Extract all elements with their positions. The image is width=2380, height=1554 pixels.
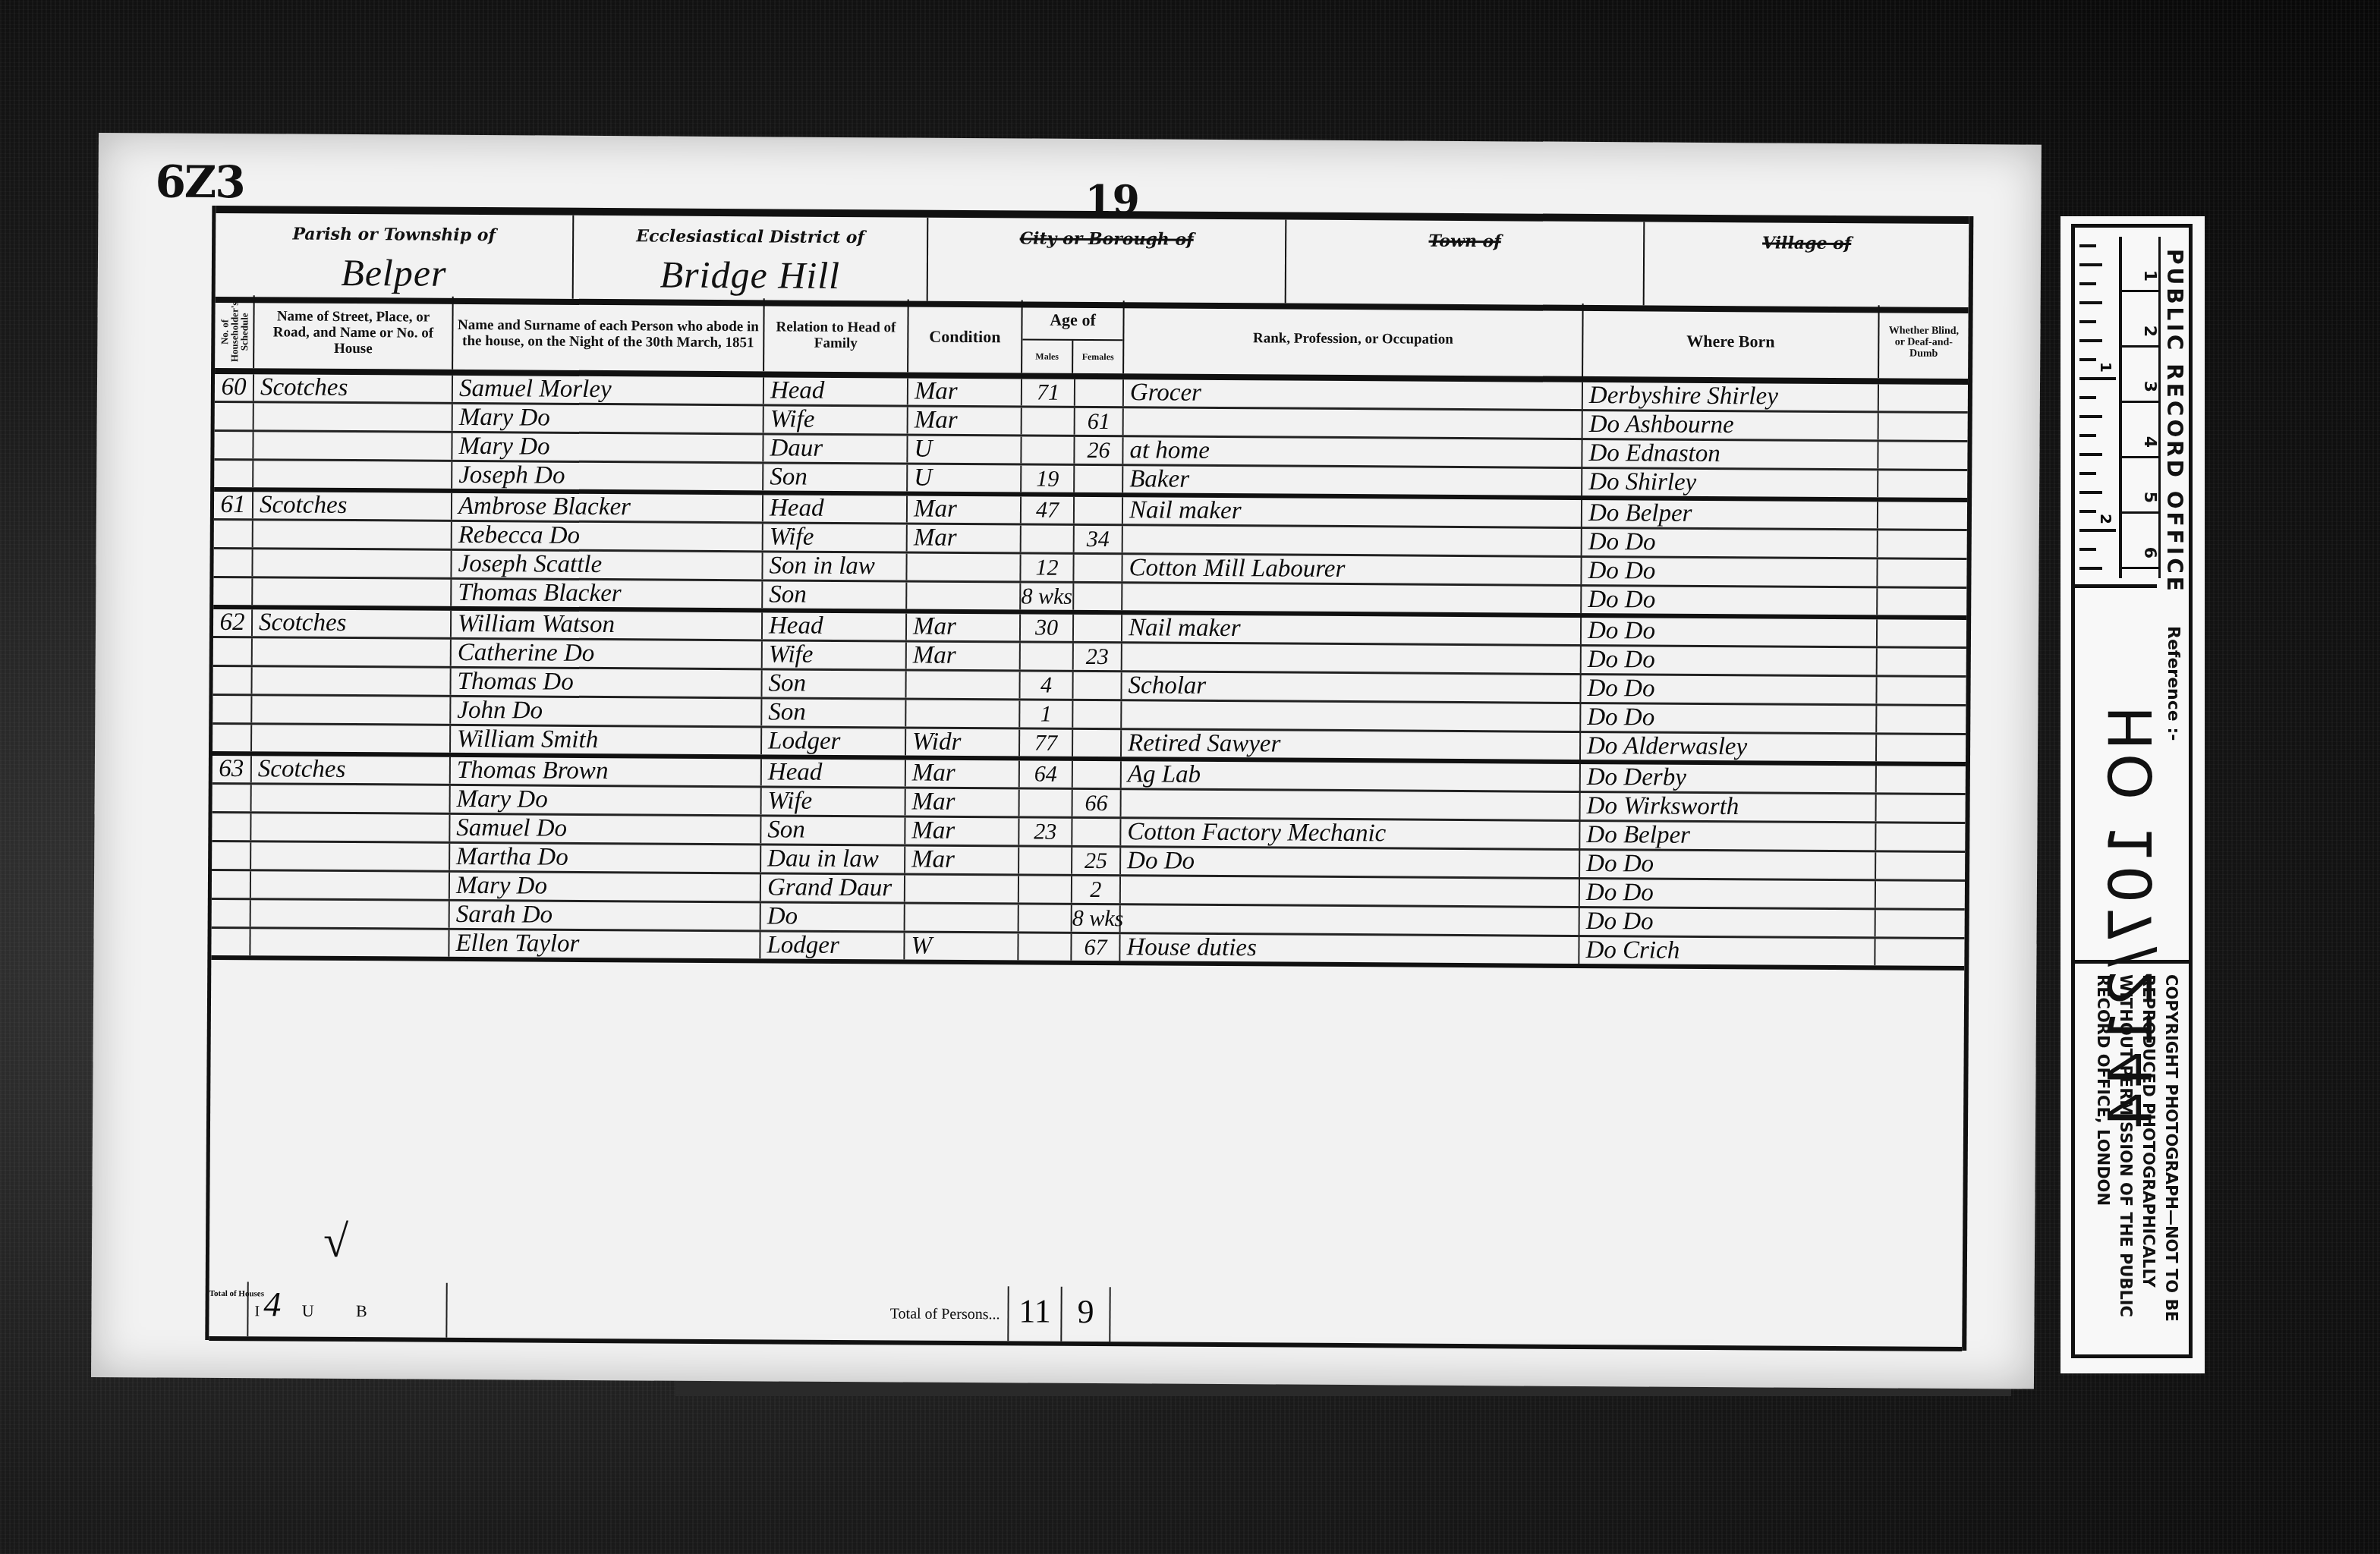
birthplace-cell: Do Do <box>1580 908 1876 936</box>
relation-cell: Wife <box>763 641 907 668</box>
street-name-cell <box>253 638 452 666</box>
ruler-tick <box>2079 491 2102 494</box>
total-houses-inhabited: 4 <box>263 1285 281 1323</box>
relation-cell: Son <box>763 464 908 491</box>
ruler-tick <box>2079 263 2102 266</box>
female-age-cell <box>1072 819 1121 845</box>
person-name-cell: Joseph Scattle <box>452 551 763 580</box>
relation-cell: Head <box>763 495 908 522</box>
occupation-cell: Retired Sawyer <box>1122 730 1581 760</box>
street-name-cell: Scotches <box>253 609 452 637</box>
occupation-cell <box>1122 790 1581 819</box>
totals-row: Total of Houses I 4 U B Total of Persons… <box>209 1282 1962 1351</box>
female-age-cell: 26 <box>1075 437 1123 464</box>
location-label: Ecclesiastical District of <box>574 226 927 248</box>
infirmity-cell <box>1875 939 1964 966</box>
street-name-cell: Scotches <box>252 756 451 784</box>
male-age-cell: 8 wks <box>1021 583 1074 609</box>
occupation-cell: Cotton Mill Labourer <box>1122 555 1582 584</box>
ruler-tick <box>2079 320 2096 323</box>
condition-cell: W <box>905 933 1018 961</box>
location-ecclesiastical-district: Ecclesiastical District of Bridge Hill <box>574 215 929 301</box>
condition-cell: Mar <box>906 760 1020 788</box>
total-houses: I 4 U B <box>248 1282 447 1338</box>
ruler-tick <box>2079 548 2096 551</box>
ruler-tick <box>2079 472 2096 475</box>
female-age-cell: 2 <box>1072 876 1121 903</box>
condition-cell: Mar <box>907 643 1021 670</box>
male-age-cell <box>1022 436 1075 463</box>
relation-cell: Wife <box>764 406 908 433</box>
relation-cell: Lodger <box>760 932 905 959</box>
relation-cell: Head <box>763 612 907 640</box>
copyright-notice: COPYRIGHT PHOTOGRAPH—NOT TO BE REPRODUCE… <box>2075 960 2189 1354</box>
schedule-number-cell <box>213 638 253 665</box>
occupation-cell: House duties <box>1120 934 1579 964</box>
relation-cell: Daur <box>763 435 908 462</box>
infirmity-cell <box>1877 706 1966 733</box>
person-name-cell: Samuel Do <box>450 815 761 844</box>
ruler-tick <box>2079 529 2116 532</box>
schedule-number-cell: 60 <box>215 374 254 401</box>
infirmity-cell <box>1878 502 1967 529</box>
birthplace-cell: Do Belper <box>1580 822 1876 850</box>
ruler-tick <box>2079 339 2102 342</box>
street-name-cell <box>254 403 453 431</box>
person-name-cell: Mary Do <box>452 433 763 462</box>
occupation-cell: Ag Lab <box>1122 761 1581 791</box>
relation-cell: Son <box>762 699 906 726</box>
condition-cell <box>907 554 1021 581</box>
male-age-cell: 1 <box>1020 700 1073 727</box>
street-name-cell <box>251 813 450 841</box>
reference-label: Reference :- <box>2164 626 2183 741</box>
person-name-cell: William Smith <box>451 726 762 755</box>
schedule-number-cell <box>214 521 253 547</box>
street-name-cell <box>252 785 451 813</box>
male-age-cell: 47 <box>1022 496 1075 523</box>
condition-cell: Mar <box>905 818 1019 845</box>
street-name-cell <box>253 521 452 549</box>
location-label: Parish or Township of <box>216 224 572 246</box>
female-age-cell <box>1074 584 1122 610</box>
street-name-cell <box>251 842 450 870</box>
male-age-cell <box>1019 876 1072 902</box>
female-age-cell <box>1074 615 1122 641</box>
street-name-cell <box>252 667 451 695</box>
birthplace-cell: Do Ashbourne <box>1583 411 1879 439</box>
relation-cell: Son <box>761 816 905 844</box>
female-age-cell: 25 <box>1072 848 1121 874</box>
birthplace-cell: Do Shirley <box>1582 469 1878 497</box>
person-name-cell: Joseph Do <box>452 462 763 491</box>
record-office-title: PUBLIC RECORD OFFICE <box>2152 243 2187 599</box>
ruler-inch-label: 2 <box>2097 514 2115 524</box>
female-age-cell <box>1075 497 1123 524</box>
person-name-cell: Mary Do <box>453 404 764 433</box>
person-name-cell: Samuel Morley <box>453 376 764 404</box>
male-age-cell <box>1019 847 1072 873</box>
person-name-cell: Ambrose Blacker <box>452 493 763 522</box>
female-age-cell <box>1075 379 1124 406</box>
infirmity-cell <box>1876 881 1965 908</box>
person-name-cell: John Do <box>451 697 762 726</box>
relation-cell: Son <box>763 581 907 609</box>
relation-cell: Son in law <box>763 552 907 580</box>
female-age-cell: 66 <box>1073 790 1122 816</box>
infirmity-cell <box>1878 530 1967 558</box>
ruler-tick <box>2079 415 2102 418</box>
occupation-cell <box>1122 701 1581 731</box>
schedule-number-cell <box>212 696 252 722</box>
schedule-number-cell: 61 <box>214 492 253 518</box>
female-age-cell: 61 <box>1075 408 1124 435</box>
total-males: 11 <box>1009 1286 1062 1341</box>
infirmity-cell <box>1877 735 1966 762</box>
male-age-cell: 19 <box>1022 465 1075 492</box>
column-headers: No. of Householder's Schedule Name of St… <box>215 295 1969 385</box>
schedule-number-cell <box>214 432 253 458</box>
total-females: 9 <box>1062 1287 1110 1342</box>
schedule-number-cell: 62 <box>213 609 253 636</box>
condition-cell: Mar <box>906 789 1020 816</box>
condition-cell <box>906 700 1020 728</box>
condition-cell <box>905 904 1019 932</box>
person-name-cell: Mary Do <box>451 786 762 815</box>
schedule-number-cell <box>212 871 251 898</box>
condition-cell: Mar <box>905 847 1019 874</box>
occupation-cell: Do Do <box>1121 848 1580 877</box>
street-name-cell <box>253 578 452 606</box>
occupation-cell <box>1123 526 1582 555</box>
ruler-tick <box>2079 510 2096 513</box>
schedule-number-cell <box>215 403 254 429</box>
total-persons-label: Total of Persons... <box>890 1301 1000 1328</box>
record-office-strip: 12 123456 PUBLIC RECORD OFFICE Reference… <box>2060 216 2205 1373</box>
occupation-cell <box>1122 584 1582 613</box>
occupation-cell: Baker <box>1123 466 1582 495</box>
condition-cell: Mar <box>908 525 1022 552</box>
relation-cell: Son <box>762 670 906 697</box>
male-age-cell <box>1022 407 1075 434</box>
location-value: Belper <box>216 250 572 296</box>
birthplace-cell: Do Do <box>1581 675 1877 703</box>
birthplace-cell: Do Do <box>1582 646 1878 675</box>
male-age-cell <box>1019 904 1072 931</box>
female-age-cell: 67 <box>1072 934 1120 961</box>
female-age-cell <box>1075 466 1123 492</box>
infirmity-cell <box>1876 852 1965 879</box>
street-name-cell <box>252 725 451 753</box>
infirmity-cell <box>1878 442 1967 469</box>
female-age-cell: 8 wks <box>1072 905 1121 932</box>
birthplace-cell: Do Derby <box>1581 764 1877 792</box>
occupation-cell <box>1122 643 1582 673</box>
birthplace-cell: Do Ednaston <box>1582 440 1878 468</box>
relation-cell: Lodger <box>762 728 906 755</box>
street-name-cell <box>250 929 449 957</box>
ruler-tick <box>2079 434 2096 437</box>
occupation-cell: at home <box>1123 437 1582 467</box>
birthplace-cell: Do Do <box>1582 587 1878 615</box>
street-name-cell <box>253 461 452 489</box>
birthplace-cell: Do Alderwasley <box>1581 733 1877 761</box>
header-infirmity: Whether Blind, or Deaf-and-Dumb <box>1879 305 1969 379</box>
infirmity-cell <box>1879 413 1968 440</box>
infirmity-cell <box>1876 823 1965 851</box>
location-village: Village of <box>1645 222 1969 307</box>
location-label: City or Borough of <box>928 228 1285 250</box>
location-label: Village of <box>1645 232 1969 254</box>
male-age-cell: 77 <box>1020 729 1073 756</box>
schedule-number-cell <box>212 667 252 694</box>
header-age: Age of Males Females <box>1022 300 1125 373</box>
total-uninhabited-label: U <box>302 1301 314 1320</box>
person-name-cell: Thomas Do <box>451 668 762 697</box>
condition-cell: Mar <box>907 614 1021 641</box>
relation-cell: Head <box>762 759 906 786</box>
ruler-tick <box>2079 396 2096 399</box>
female-age-cell <box>1073 701 1122 728</box>
ruler-tick <box>2079 377 2116 380</box>
occupation-cell: Grocer <box>1124 379 1583 409</box>
street-name-cell <box>251 900 450 928</box>
occupation-cell <box>1121 905 1580 935</box>
male-age-cell: 4 <box>1020 672 1073 698</box>
header-occupation: Rank, Profession, or Occupation <box>1124 300 1584 376</box>
birthplace-cell: Do Do <box>1582 618 1878 646</box>
total-persons-cell: Total of Persons... <box>447 1283 1009 1342</box>
male-age-cell <box>1021 643 1074 669</box>
male-age-cell <box>1020 789 1073 816</box>
location-value: Bridge Hill <box>574 252 927 298</box>
condition-cell: Mar <box>908 407 1022 435</box>
occupation-cell: Scholar <box>1122 672 1581 702</box>
female-age-cell: 23 <box>1074 643 1122 670</box>
birthplace-cell: Do Do <box>1580 851 1876 879</box>
occupation-cell: Cotton Factory Mechanic <box>1121 819 1580 848</box>
total-building-label: B <box>356 1301 367 1320</box>
infirmity-cell <box>1877 766 1966 793</box>
schedule-number-cell <box>212 785 252 811</box>
header-condition: Condition <box>908 300 1023 373</box>
schedule-number-cell <box>213 578 253 605</box>
header-name: Name and Surname of each Person who abod… <box>453 297 765 372</box>
occupation-cell <box>1121 876 1580 906</box>
schedule-number-cell <box>211 929 250 955</box>
condition-cell: U <box>908 436 1022 464</box>
relation-cell: Head <box>764 377 908 404</box>
location-parish: Parish or Township of Belper <box>216 213 575 299</box>
ruler-inches: 12 <box>2075 237 2119 578</box>
occupation-cell <box>1124 408 1583 438</box>
street-name-cell: Scotches <box>254 374 453 402</box>
header-street: Name of Street, Place, or Road, and Name… <box>254 295 454 370</box>
schedule-number-cell <box>213 549 253 576</box>
location-label: Town of <box>1286 231 1643 253</box>
condition-cell <box>906 672 1020 699</box>
infirmity-cell <box>1878 470 1967 498</box>
person-name-cell: Martha Do <box>450 844 761 873</box>
location-city-borough: City or Borough of <box>928 218 1287 304</box>
totals-blank <box>1110 1287 1962 1347</box>
schedule-number-cell <box>214 461 253 487</box>
birthplace-cell: Do Do <box>1581 704 1877 732</box>
birthplace-cell: Do Do <box>1582 558 1878 586</box>
birthplace-cell: Do Wirksworth <box>1581 793 1877 821</box>
person-name-cell: Catherine Do <box>452 640 763 668</box>
relation-cell: Wife <box>762 788 906 815</box>
occupation-cell: Nail maker <box>1122 615 1582 644</box>
person-name-cell: Thomas Brown <box>451 757 762 786</box>
birthplace-cell: Do Crich <box>1579 937 1875 965</box>
person-name-cell: William Watson <box>452 611 763 640</box>
birthplace-cell: Derbyshire Shirley <box>1583 382 1879 411</box>
tally-checkmark: √ <box>323 1216 348 1268</box>
infirmity-cell <box>1877 677 1966 704</box>
person-name-cell: Sarah Do <box>450 901 761 930</box>
ruler-tick <box>2079 282 2096 285</box>
infirmity-cell <box>1876 910 1965 937</box>
infirmity-cell <box>1878 648 1966 675</box>
census-page: 6Z3 19 Parish or Township of Belper Eccl… <box>91 133 2042 1389</box>
male-age-cell: 12 <box>1021 554 1074 580</box>
street-name-cell: Scotches <box>253 492 452 520</box>
birthplace-cell: Do Do <box>1580 879 1876 908</box>
ruler-tick <box>2079 453 2102 456</box>
street-name-cell <box>253 549 452 577</box>
folio-stamp: 6Z3 <box>155 156 244 208</box>
condition-cell <box>907 583 1021 610</box>
relation-cell: Grand Daur <box>761 874 905 901</box>
ruler-tick <box>2079 567 2102 570</box>
header-birthplace: Where Born <box>1583 304 1880 378</box>
header-age-females: Females <box>1073 341 1122 373</box>
male-age-cell: 71 <box>1022 379 1075 405</box>
ruler-inch-label: 1 <box>2097 362 2115 373</box>
ruler-tick <box>2079 301 2102 304</box>
header-age-males: Males <box>1022 340 1073 373</box>
person-name-cell: Mary Do <box>450 873 761 901</box>
infirmity-cell <box>1877 794 1966 822</box>
relation-cell: Dau in law <box>761 845 905 873</box>
female-age-cell <box>1073 730 1122 757</box>
person-name-cell: Rebecca Do <box>452 522 763 551</box>
occupation-cell: Nail maker <box>1123 497 1582 527</box>
schedule-number-cell <box>212 725 252 751</box>
measurement-ruler: 12 123456 <box>2075 228 2157 588</box>
condition-cell: Mar <box>908 496 1022 524</box>
infirmity-cell <box>1878 619 1966 646</box>
schedule-number-cell: 63 <box>212 756 252 782</box>
infirmity-cell <box>1878 559 1966 587</box>
schedule-number-cell <box>212 900 251 926</box>
ruler-tick <box>2079 358 2096 361</box>
male-age-cell <box>1018 933 1072 960</box>
condition-cell: Widr <box>906 729 1020 757</box>
total-houses-label: Total of Houses <box>209 1282 248 1336</box>
relation-cell: Wife <box>763 524 908 551</box>
condition-cell: Mar <box>908 379 1022 406</box>
condition-cell: U <box>908 465 1022 492</box>
header-schedule: No. of Householder's Schedule <box>215 295 255 368</box>
street-name-cell <box>252 696 451 724</box>
census-sheet: Parish or Township of Belper Ecclesiasti… <box>205 206 1973 1351</box>
location-town: Town of <box>1286 220 1645 306</box>
female-age-cell <box>1073 672 1122 699</box>
schedule-number-cell <box>212 813 251 840</box>
male-age-cell: 23 <box>1019 818 1072 845</box>
header-relation: Relation to Head of Family <box>764 298 909 372</box>
infirmity-cell <box>1878 588 1966 615</box>
street-name-cell <box>253 432 452 460</box>
relation-cell: Do <box>761 903 905 930</box>
schedule-number-cell <box>212 842 251 869</box>
census-rows: 60ScotchesSamuel MorleyHeadMar71GrocerDe… <box>211 374 1968 970</box>
birthplace-cell: Do Do <box>1582 529 1878 557</box>
birthplace-cell: Do Belper <box>1582 500 1878 528</box>
condition-cell <box>905 876 1019 903</box>
male-age-cell <box>1022 525 1075 552</box>
ruler-tick <box>2079 244 2096 247</box>
male-age-cell: 30 <box>1021 614 1074 640</box>
infirmity-cell <box>1879 384 1968 411</box>
female-age-cell: 34 <box>1075 526 1123 552</box>
street-name-cell <box>251 871 450 899</box>
person-name-cell: Ellen Taylor <box>449 930 760 959</box>
female-age-cell <box>1073 761 1122 788</box>
record-office-frame: 12 123456 PUBLIC RECORD OFFICE Reference… <box>2071 224 2193 1358</box>
person-name-cell: Thomas Blacker <box>452 580 763 609</box>
female-age-cell <box>1074 555 1122 581</box>
male-age-cell: 64 <box>1020 760 1073 787</box>
